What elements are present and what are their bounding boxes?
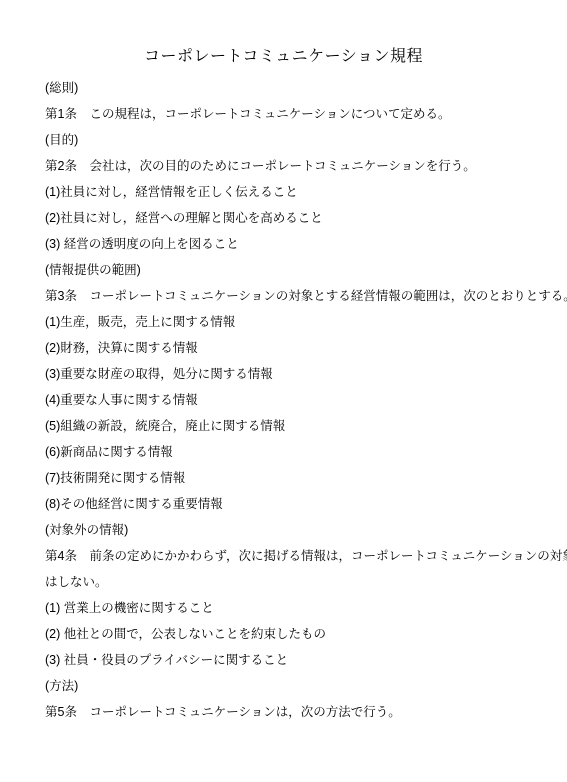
document-line: 第1条 この規程は，コーポレートコミュニケーションについて定める。 (45, 101, 567, 127)
document-page: コーポレートコミュニケーション規程 (総則)第1条 この規程は，コーポレートコミ… (0, 0, 567, 782)
document-line: (6)新商品に関する情報 (45, 439, 567, 465)
document-line: 第2条 会社は，次の目的のためにコーポレートコミュニケーションを行う。 (45, 153, 567, 179)
document-line: (情報提供の範囲) (45, 257, 567, 283)
document-line: (方法) (45, 673, 567, 699)
document-line: (3)重要な財産の取得，処分に関する情報 (45, 361, 567, 387)
document-line: (3) 社員・役員のプライバシーに関すること (45, 647, 567, 673)
document-line: (目的) (45, 127, 567, 153)
document-line: (7)技術開発に関する情報 (45, 465, 567, 491)
document-body: (総則)第1条 この規程は，コーポレートコミュニケーションについて定める。(目的… (45, 75, 567, 725)
document-line: (対象外の情報) (45, 517, 567, 543)
document-line: (3) 経営の透明度の向上を図ること (45, 231, 567, 257)
document-line: (2)社員に対し，経営への理解と関心を高めること (45, 205, 567, 231)
document-line: (2) 他社との間で，公表しないことを約束したもの (45, 621, 567, 647)
document-line: (4)重要な人事に関する情報 (45, 387, 567, 413)
document-line: (8)その他経営に関する重要情報 (45, 491, 567, 517)
document-line: (総則) (45, 75, 567, 101)
document-line: 第3条 コーポレートコミュニケーションの対象とする経営情報の範囲は，次のとおりと… (45, 283, 567, 309)
document-line: (1) 営業上の機密に関すること (45, 595, 567, 621)
document-line: (1)生産，販売，売上に関する情報 (45, 309, 567, 335)
document-line: (2)財務，決算に関する情報 (45, 335, 567, 361)
document-line: (1)社員に対し，経営情報を正しく伝えること (45, 179, 567, 205)
document-line: (5)組織の新設，統廃合，廃止に関する情報 (45, 413, 567, 439)
document-title: コーポレートコミュニケーション規程 (0, 0, 567, 66)
document-line: 第4条 前条の定めにかかわらず，次に掲げる情報は，コーポレートコミュニケーション… (45, 543, 567, 569)
document-line: はしない。 (45, 569, 567, 595)
document-line: 第5条 コーポレートコミュニケーションは，次の方法で行う。 (45, 699, 567, 725)
